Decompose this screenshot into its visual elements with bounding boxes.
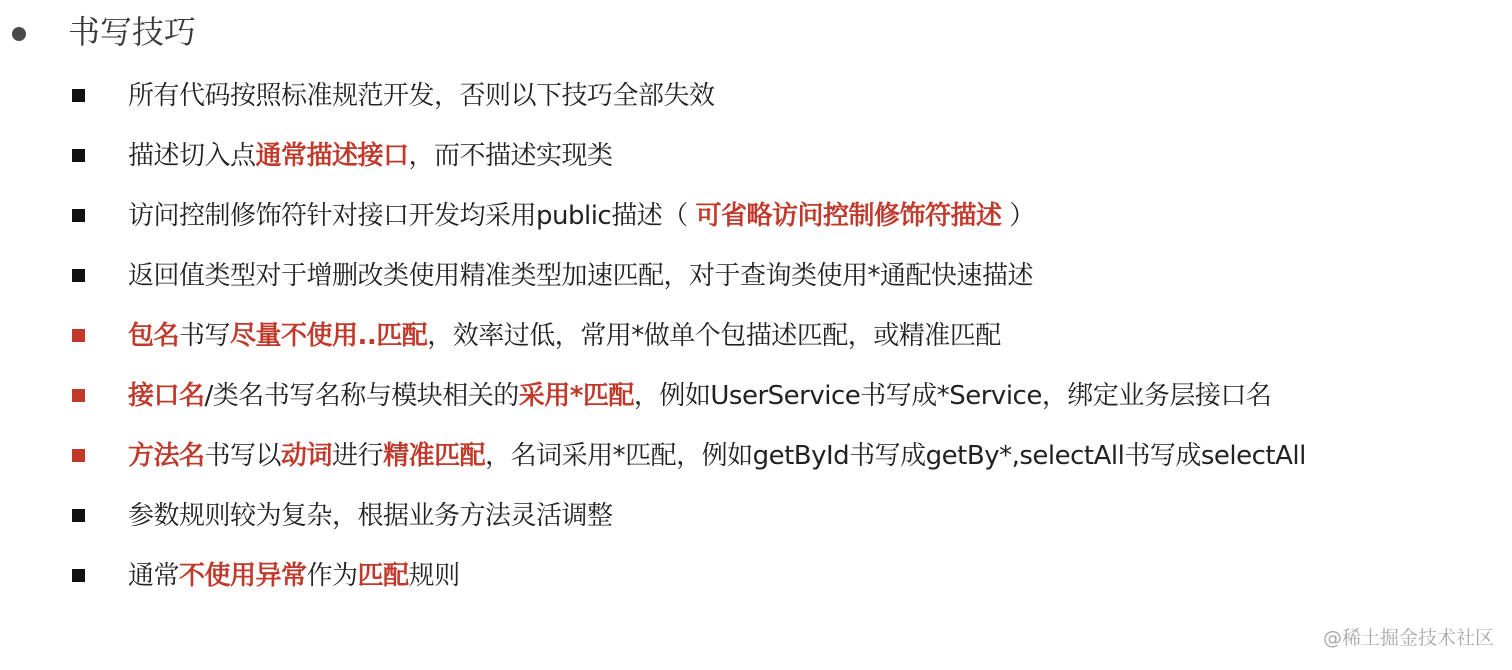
list-item: 访问控制修饰符针对接口开发均采用public描述（ 可省略访问控制修饰符描述 ） xyxy=(0,186,1512,246)
plain-text: 作为 xyxy=(307,561,358,591)
highlighted-text: 接口名 xyxy=(128,381,205,411)
plain-text: ，例如UserService书写成*Service，绑定业务层接口名 xyxy=(634,381,1271,411)
square-bullet-icon xyxy=(72,449,85,462)
plain-text: 访问控制修饰符针对接口开发均采用public描述（ xyxy=(128,201,696,231)
highlighted-text: 精准匹配 xyxy=(383,441,485,471)
highlighted-text: 方法名 xyxy=(128,441,205,471)
plain-text: 所有代码按照标准规范开发，否则以下技巧全部失效 xyxy=(128,81,715,111)
plain-text: /类名书写名称与模块相关的 xyxy=(205,381,519,411)
plain-text: ，效率过低，常用*做单个包描述匹配，或精准匹配 xyxy=(427,321,1001,351)
plain-text: 通常 xyxy=(128,561,179,591)
plain-text: 规则 xyxy=(409,561,460,591)
highlighted-text: 尽量不使用..匹配 xyxy=(230,321,427,351)
square-bullet-icon xyxy=(72,509,85,522)
list-item: 所有代码按照标准规范开发，否则以下技巧全部失效 xyxy=(0,66,1512,126)
plain-text: 描述切入点 xyxy=(128,141,256,171)
plain-text: 书写以 xyxy=(205,441,282,471)
list-item-text: 接口名/类名书写名称与模块相关的采用*匹配，例如UserService书写成*S… xyxy=(128,378,1271,414)
plain-text: ，名词采用*匹配，例如getById书写成getBy*,selectAll书写成… xyxy=(485,441,1306,471)
list-item: 包名书写尽量不使用..匹配，效率过低，常用*做单个包描述匹配，或精准匹配 xyxy=(0,306,1512,366)
highlighted-text: 采用*匹配 xyxy=(519,381,634,411)
square-bullet-icon xyxy=(72,89,85,102)
list-item-text: 访问控制修饰符针对接口开发均采用public描述（ 可省略访问控制修饰符描述 ） xyxy=(128,198,1035,234)
plain-text: ） xyxy=(1002,201,1035,231)
section-heading: 书写技巧 xyxy=(68,12,196,52)
plain-text: ，而不描述实现类 xyxy=(409,141,613,171)
square-bullet-icon xyxy=(72,149,85,162)
list-item-text: 方法名书写以动词进行精准匹配，名词采用*匹配，例如getById书写成getBy… xyxy=(128,438,1306,474)
plain-text: 参数规则较为复杂，根据业务方法灵活调整 xyxy=(128,501,613,531)
highlighted-text: 通常描述接口 xyxy=(256,141,409,171)
highlighted-text: 动词 xyxy=(281,441,332,471)
watermark: @稀土掘金技术社区 xyxy=(1323,626,1494,650)
plain-text: 返回值类型对于增删改类使用精准类型加速匹配，对于查询类使用*通配快速描述 xyxy=(128,261,1033,291)
list-item-text: 通常不使用异常作为匹配规则 xyxy=(128,558,460,594)
highlighted-text: 包名 xyxy=(128,321,179,351)
square-bullet-icon xyxy=(72,329,85,342)
plain-text: 进行 xyxy=(332,441,383,471)
square-bullet-icon xyxy=(72,569,85,582)
slide: 书写技巧 所有代码按照标准规范开发，否则以下技巧全部失效描述切入点通常描述接口，… xyxy=(0,0,1512,670)
circle-bullet-icon xyxy=(12,27,26,41)
square-bullet-icon xyxy=(72,209,85,222)
list-item: 方法名书写以动词进行精准匹配，名词采用*匹配，例如getById书写成getBy… xyxy=(0,426,1512,486)
square-bullet-icon xyxy=(72,389,85,402)
highlighted-text: 匹配 xyxy=(358,561,409,591)
highlighted-text: 不使用异常 xyxy=(179,561,307,591)
list-item-text: 所有代码按照标准规范开发，否则以下技巧全部失效 xyxy=(128,78,715,114)
list-item-text: 参数规则较为复杂，根据业务方法灵活调整 xyxy=(128,498,613,534)
square-bullet-icon xyxy=(72,269,85,282)
list-item: 参数规则较为复杂，根据业务方法灵活调整 xyxy=(0,486,1512,546)
list-item-text: 描述切入点通常描述接口，而不描述实现类 xyxy=(128,138,613,174)
list-item-text: 返回值类型对于增删改类使用精准类型加速匹配，对于查询类使用*通配快速描述 xyxy=(128,258,1033,294)
list-item: 通常不使用异常作为匹配规则 xyxy=(0,546,1512,606)
list-item: 描述切入点通常描述接口，而不描述实现类 xyxy=(0,126,1512,186)
list-item: 返回值类型对于增删改类使用精准类型加速匹配，对于查询类使用*通配快速描述 xyxy=(0,246,1512,306)
list-item-text: 包名书写尽量不使用..匹配，效率过低，常用*做单个包描述匹配，或精准匹配 xyxy=(128,318,1001,354)
highlighted-text: 可省略访问控制修饰符描述 xyxy=(696,201,1002,231)
list-item: 接口名/类名书写名称与模块相关的采用*匹配，例如UserService书写成*S… xyxy=(0,366,1512,426)
plain-text: 书写 xyxy=(179,321,230,351)
